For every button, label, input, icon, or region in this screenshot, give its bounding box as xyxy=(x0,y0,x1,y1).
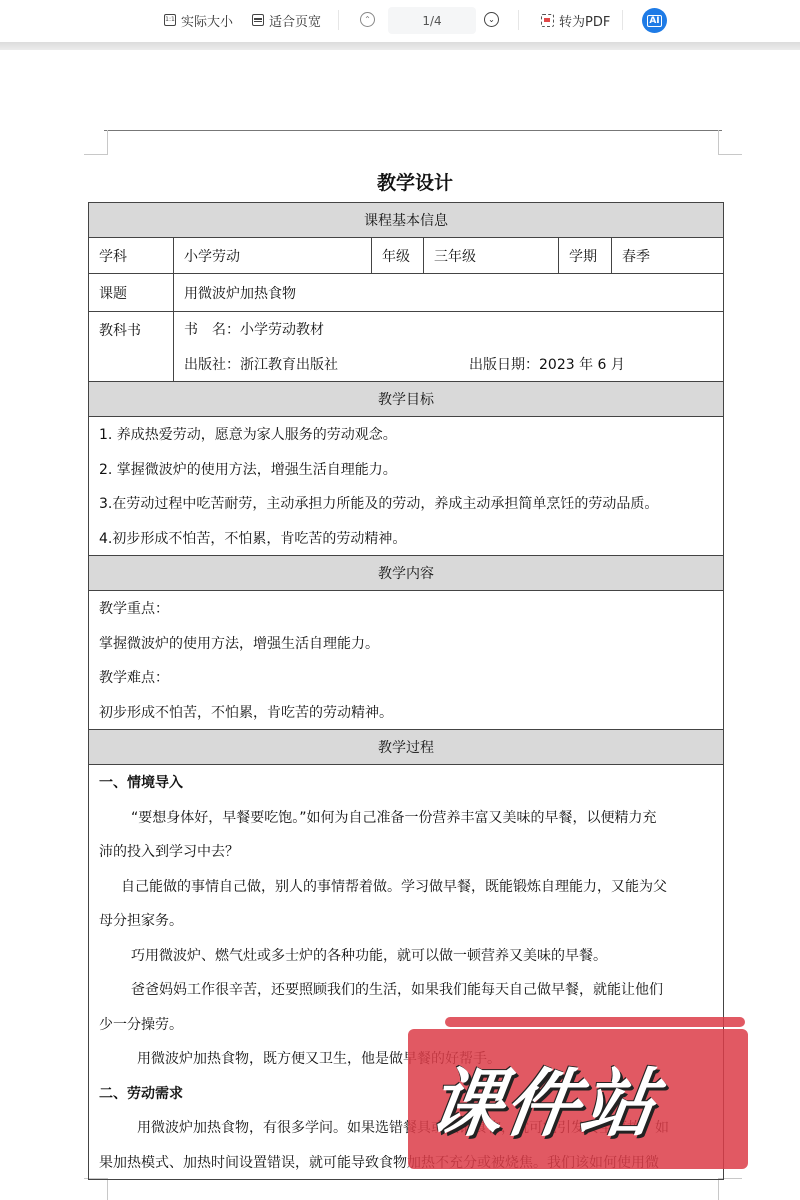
key-point-label: 教学重点： xyxy=(89,591,723,626)
crop-mark xyxy=(718,130,719,155)
document-page: 教学设计 课程基本信息 学科 小学劳动 年级 三年级 学期 春季 课题 用微波炉… xyxy=(0,50,800,1200)
book-name: 书 名：小学劳动教材 xyxy=(174,312,723,347)
paragraph-line: 用微波炉加热食物，既方便又卫生，他是做早餐的好帮手。 xyxy=(89,1041,723,1076)
actual-size-label: 实际大小 xyxy=(181,11,233,30)
viewer-toolbar: 实际大小 适合页宽 ⌃ 1/4 ⌄ 转为PDF AI xyxy=(0,0,800,42)
page-number-input[interactable]: 1/4 xyxy=(388,7,476,34)
chevron-up-icon: ⌃ xyxy=(364,15,371,24)
crop-mark xyxy=(107,1178,108,1200)
section1-title: 一、情境导入 xyxy=(89,765,723,800)
publisher-row: 出版社：浙江教育出版社 出版日期：2023 年 6 月 xyxy=(174,347,723,382)
grade-value: 三年级 xyxy=(424,238,559,274)
convert-pdf-button[interactable]: 转为PDF xyxy=(541,9,610,31)
publisher: 出版社：浙江教育出版社 xyxy=(184,354,469,374)
fit-width-label: 适合页宽 xyxy=(269,11,321,30)
objective-item: 1. 养成热爱劳动，愿意为家人服务的劳动观念。 xyxy=(89,417,723,452)
document-title: 教学设计 xyxy=(0,168,800,195)
convert-pdf-label: 转为PDF xyxy=(559,11,610,30)
section-header-process: 教学过程 xyxy=(89,730,724,765)
topic-value: 用微波炉加热食物 xyxy=(174,274,724,312)
subject-value: 小学劳动 xyxy=(174,238,372,274)
section2-title: 二、劳动需求 xyxy=(89,1076,723,1111)
content-body: 教学重点： 掌握微波炉的使用方法，增强生活自理能力。 教学难点： 初步形成不怕苦… xyxy=(89,591,724,730)
difficulty-label: 教学难点： xyxy=(89,660,723,695)
crop-mark xyxy=(718,1178,719,1200)
toolbar-divider xyxy=(622,10,623,30)
paragraph-line: 少一分操劳。 xyxy=(89,1007,723,1042)
toolbar-divider xyxy=(518,10,519,30)
ai-icon: AI xyxy=(647,15,661,27)
publication-date: 出版日期：2023 年 6 月 xyxy=(469,354,625,374)
paragraph-line: “要想身体好，早餐要吃饱。”如何为自己准备一份营养丰富又美味的早餐，以便精力充 xyxy=(89,800,723,835)
key-point-text: 掌握微波炉的使用方法，增强生活自理能力。 xyxy=(89,626,723,661)
chevron-down-icon: ⌄ xyxy=(488,15,495,24)
fit-width-icon xyxy=(252,14,264,26)
section-header-basic-info: 课程基本信息 xyxy=(89,203,724,238)
term-value: 春季 xyxy=(612,238,724,274)
actual-size-button[interactable]: 实际大小 xyxy=(164,9,233,31)
toolbar-divider xyxy=(338,10,339,30)
crop-mark xyxy=(84,154,108,155)
page-indicator: 1/4 xyxy=(422,14,441,28)
header-rule xyxy=(104,130,722,131)
toolbar-shadow xyxy=(0,42,800,50)
objective-item: 4.初步形成不怕苦，不怕累，肯吃苦的劳动精神。 xyxy=(89,521,723,556)
paragraph-line: 巧用微波炉、燃气灶或多士炉的各种功能，就可以做一顿营养又美味的早餐。 xyxy=(89,938,723,973)
objectives-list: 1. 养成热爱劳动，愿意为家人服务的劳动观念。 2. 掌握微波炉的使用方法，增强… xyxy=(89,417,724,556)
textbook-info: 书 名：小学劳动教材 出版社：浙江教育出版社 出版日期：2023 年 6 月 xyxy=(174,312,724,382)
crop-mark xyxy=(107,130,108,155)
paragraph-line: 自己能做的事情自己做，别人的事情帮着做。学习做早餐，既能锻炼自理能力，又能为父 xyxy=(89,869,723,904)
topic-label: 课题 xyxy=(89,274,174,312)
lesson-plan-table: 课程基本信息 学科 小学劳动 年级 三年级 学期 春季 课题 用微波炉加热食物 … xyxy=(88,202,724,1180)
pdf-icon xyxy=(541,14,554,27)
actual-size-icon xyxy=(164,14,176,26)
paragraph-line: 沛的投入到学习中去？ xyxy=(89,834,723,869)
paragraph-line: 果加热模式、加热时间设置错误，就可能导致食物加热不充分或被烧焦。我们该如何使用微 xyxy=(89,1145,723,1180)
ai-assistant-button[interactable]: AI xyxy=(642,8,667,33)
process-body: 一、情境导入 “要想身体好，早餐要吃饱。”如何为自己准备一份营养丰富又美味的早餐… xyxy=(89,765,724,1180)
objective-item: 3.在劳动过程中吃苦耐劳，主动承担力所能及的劳动，养成主动承担简单烹饪的劳动品质… xyxy=(89,486,723,521)
objective-item: 2. 掌握微波炉的使用方法，增强生活自理能力。 xyxy=(89,452,723,487)
difficulty-text: 初步形成不怕苦，不怕累，肯吃苦的劳动精神。 xyxy=(89,695,723,730)
fit-width-button[interactable]: 适合页宽 xyxy=(252,9,321,31)
paragraph-line: 母分担家务。 xyxy=(89,903,723,938)
textbook-label: 教科书 xyxy=(89,312,174,382)
grade-label: 年级 xyxy=(372,238,424,274)
subject-label: 学科 xyxy=(89,238,174,274)
crop-mark xyxy=(718,154,742,155)
next-page-button[interactable]: ⌄ xyxy=(484,12,499,27)
section-header-content: 教学内容 xyxy=(89,556,724,591)
term-label: 学期 xyxy=(559,238,612,274)
previous-page-button[interactable]: ⌃ xyxy=(360,12,375,27)
section-header-objectives: 教学目标 xyxy=(89,382,724,417)
paragraph-line: 爸爸妈妈工作很辛苦，还要照顾我们的生活，如果我们能每天自己做早餐，就能让他们 xyxy=(89,972,723,1007)
paragraph-line: 用微波炉加热食物，有很多学问。如果选错餐具或放错食物，就可能引发安全事故。如 xyxy=(89,1110,723,1145)
